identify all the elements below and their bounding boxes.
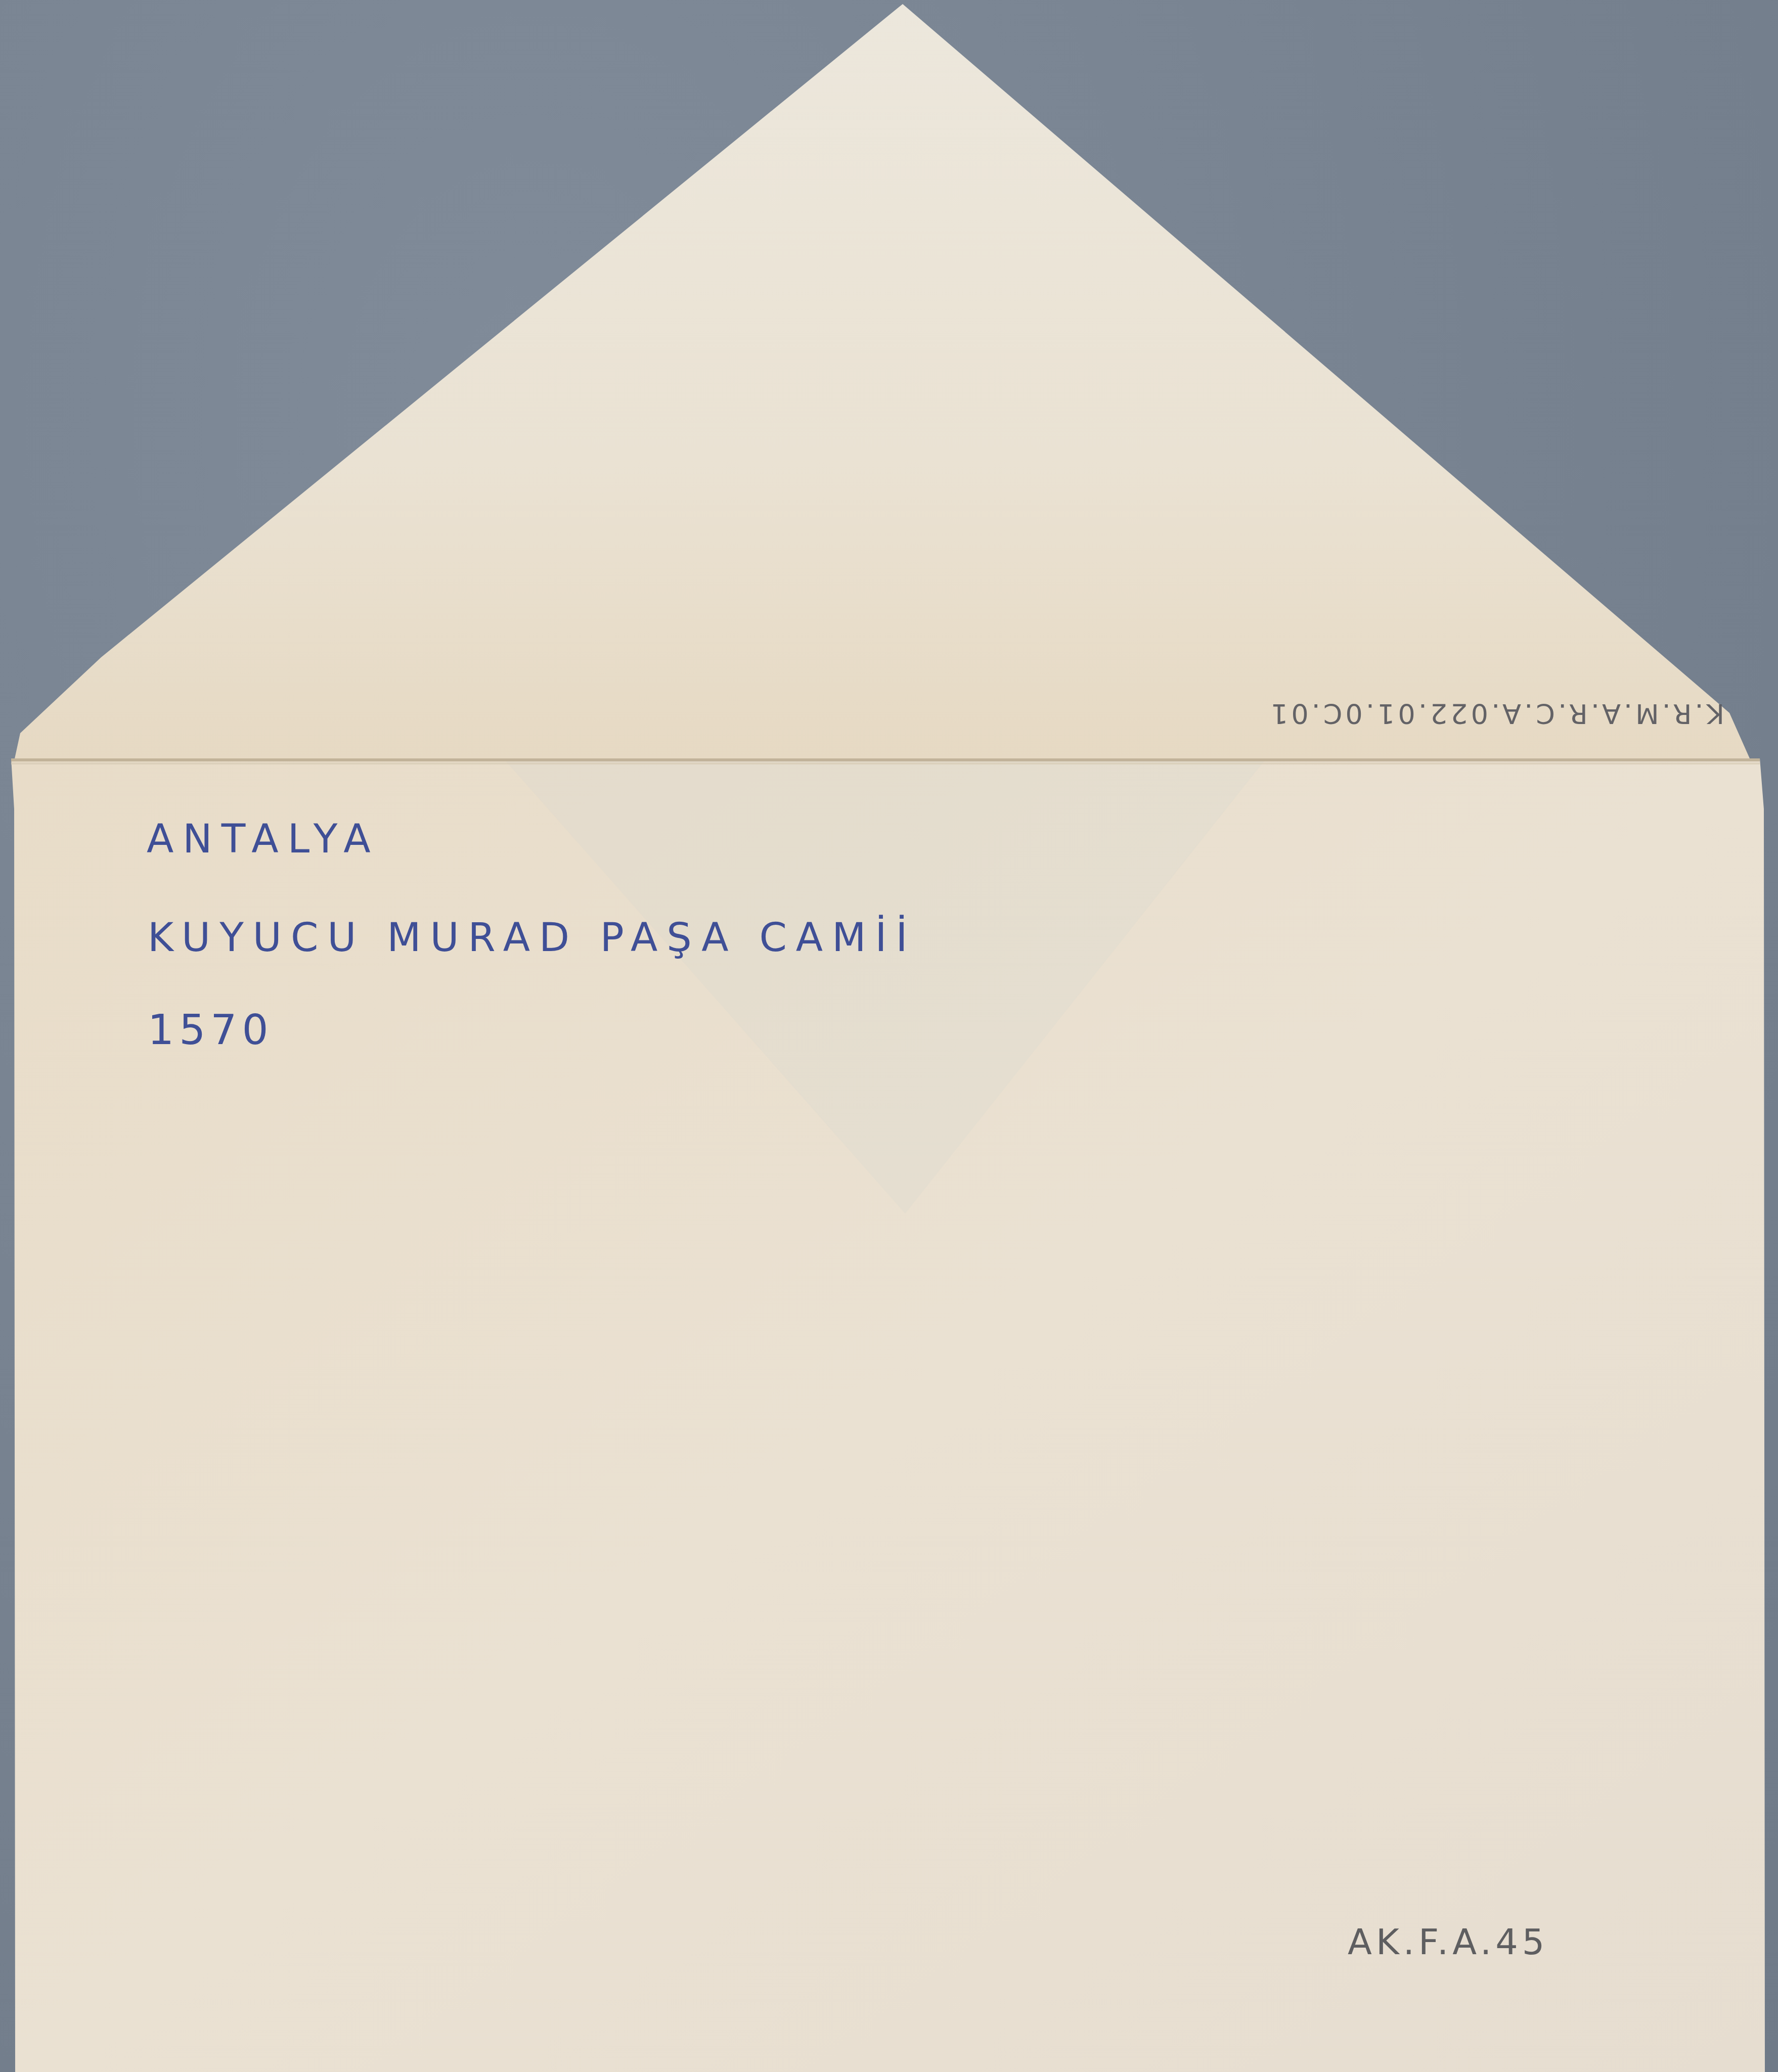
handwritten-monument: KUYUCU MURAD PAŞA CAMİİ (148, 915, 917, 961)
handwritten-year: 1570 (148, 1006, 274, 1054)
envelope-flap (14, 4, 1755, 761)
envelope-scan: K.R.M.A.R.C.A.022.01.0C.01 ANTALYA KUYUC… (0, 0, 1778, 2072)
reference-code: AK.F.A.45 (1348, 1921, 1548, 1963)
flap-archive-number: K.R.M.A.R.C.A.022.01.0C.01 (1310, 698, 1724, 730)
handwritten-place: ANTALYA (147, 817, 380, 862)
